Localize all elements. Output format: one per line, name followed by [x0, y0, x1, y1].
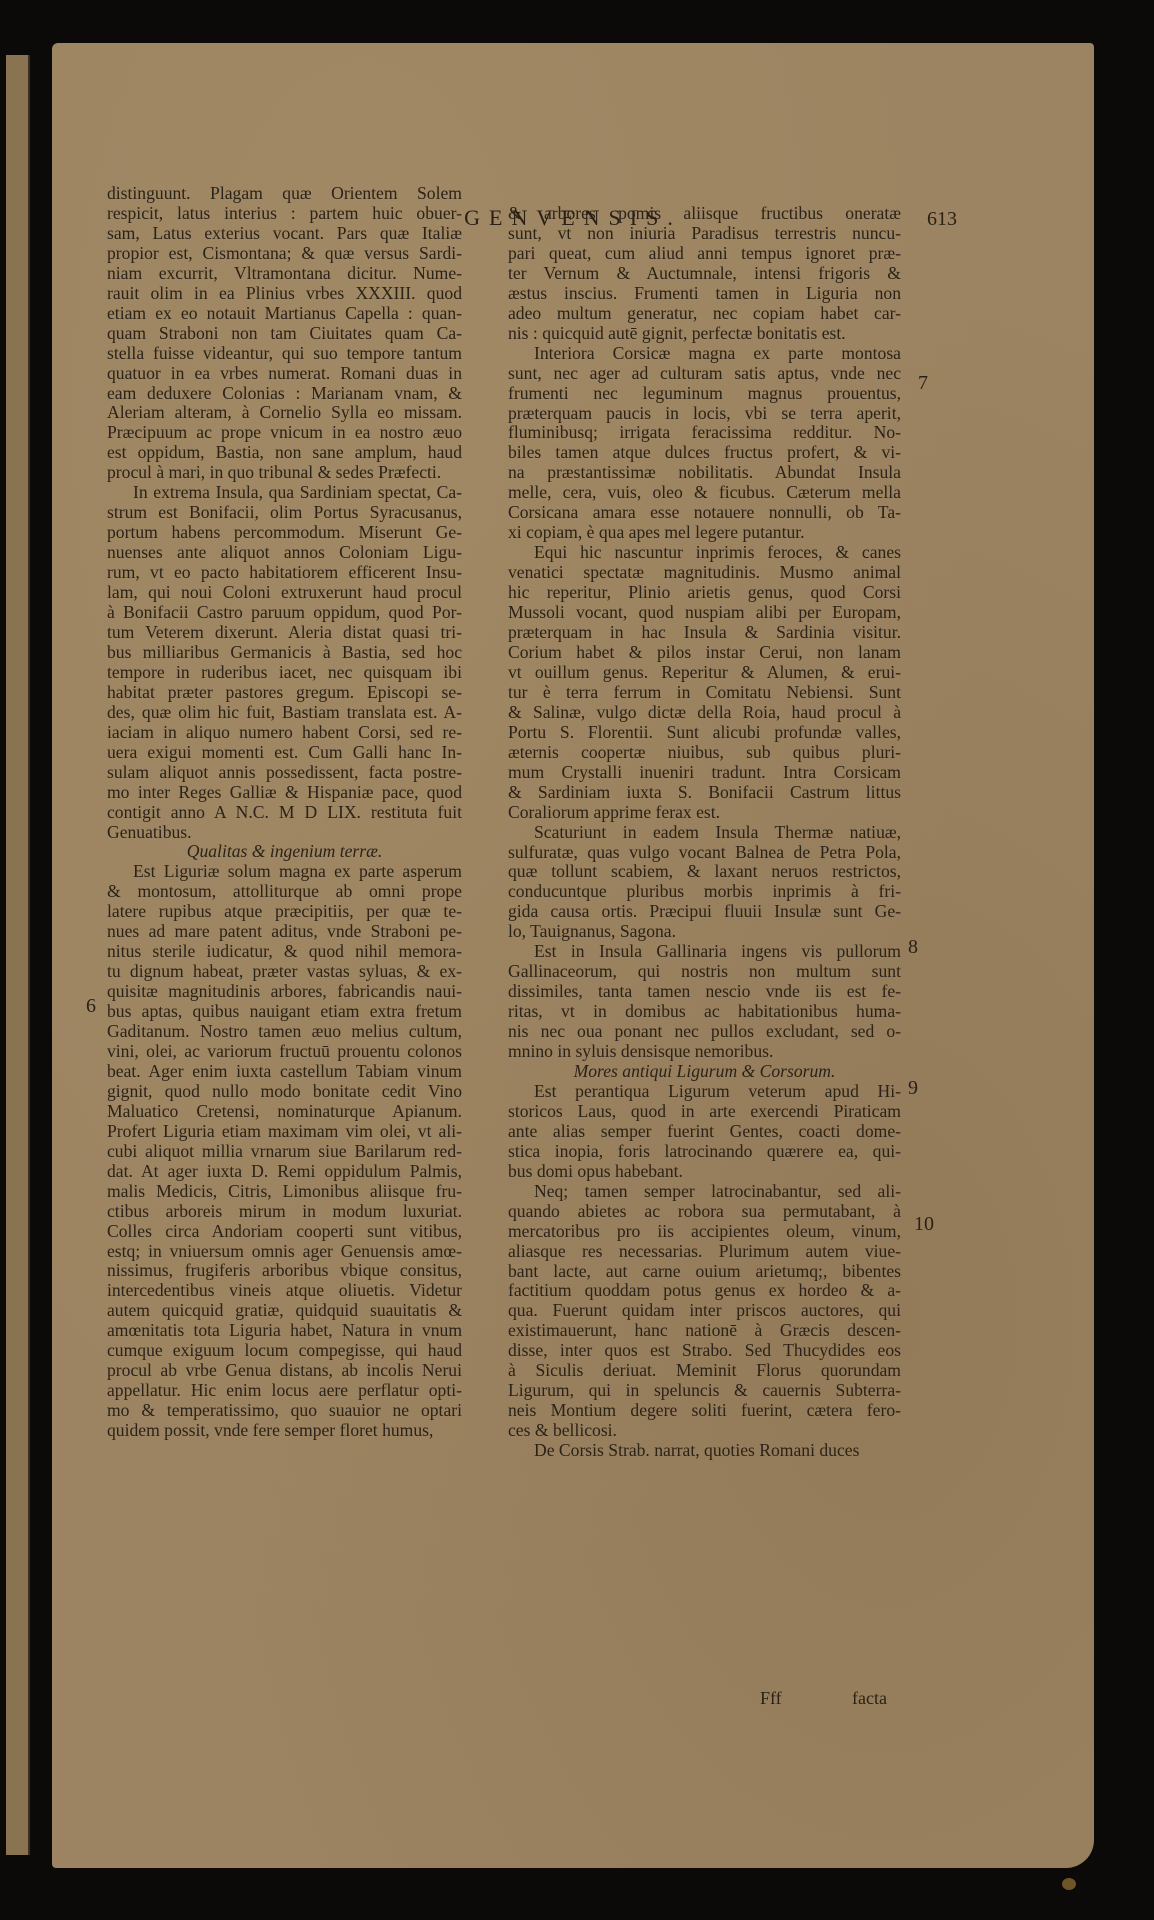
text-line: quam Straboni non tam Ciuitates quam Ca-: [107, 324, 462, 344]
text-line: ter Vernum & Auctumnale, intensi frigori…: [508, 264, 901, 284]
text-line: Neq; tamen semper latrocinabantur, sed a…: [508, 1182, 901, 1202]
text-line: dissimiles, tanta tamen nescio vnde iis …: [508, 982, 901, 1002]
text-line: rauit olim in ea Plinius vrbes XXXIII. q…: [107, 284, 462, 304]
text-line: beat. Ager enim iuxta castellum Tabiam v…: [107, 1062, 462, 1082]
text-line: frumenti nec leguminum magnus prouentus,: [508, 384, 901, 404]
text-line: tu dignum habeat, præter vastas syluas, …: [107, 962, 462, 982]
text-line: contigit anno A N.C. M D LIX. restituta …: [107, 803, 462, 823]
text-line: est oppidum, Bastia, non sane amplum, ha…: [107, 443, 462, 463]
text-line: mo & temperatissimo, quo suauior ne opta…: [107, 1401, 462, 1421]
text-line: præterquam in hac Insula & Sardinia visi…: [508, 623, 901, 643]
right-column-text-2: Est perantiqua Ligurum veterum apud Hi-s…: [508, 1082, 901, 1461]
text-line: Gallinaceorum, qui nostris non multum su…: [508, 962, 901, 982]
margin-note-number: 9: [908, 1077, 918, 1100]
text-line: distinguunt. Plagam quæ Orientem Solem: [107, 184, 462, 204]
text-line: venatici spectatæ magnitudinis. Musmo an…: [508, 563, 901, 583]
text-line: conducuntque pluribus morbis inprimis à …: [508, 882, 901, 902]
text-line: Maluatico Cretensi, nominaturque Apianum…: [107, 1102, 462, 1122]
text-line: Præcipuum ac prope vnicum in ea nostro æ…: [107, 423, 462, 443]
text-line: qua. Fuerunt quidam inter priscos auctor…: [508, 1301, 901, 1321]
text-line: Corium habet & pilos instar Cerui, non l…: [508, 643, 901, 663]
adjacent-page-edge: [6, 55, 30, 1855]
text-line: procul à mari, in quo tribunal & sedes P…: [107, 463, 462, 483]
text-line: sunt, vt non iniuria Paradisus terrestri…: [508, 224, 901, 244]
text-line: à Siculis deriuat. Meminit Florus quorun…: [508, 1361, 901, 1381]
text-line: quatuor in ea vrbes numerat. Romani duas…: [107, 364, 462, 384]
text-line: nis nec oua ponant nec pullos excludant,…: [508, 1022, 901, 1042]
text-line: præterquam paucis in locis, vbi se terra…: [508, 404, 901, 424]
text-line: des, quæ olim hic fuit, Bastiam translat…: [107, 703, 462, 723]
text-line: De Corsis Strab. narrat, quoties Romani …: [508, 1441, 901, 1461]
text-line: eam deduxere Colonias : Marianam vnam, &: [107, 384, 462, 404]
text-line: & arbores pomis aliisque fructibus onera…: [508, 204, 901, 224]
text-line: ctibus arboreis mirum in modum luxuriat.: [107, 1202, 462, 1222]
right-column-text: & arbores pomis aliisque fructibus onera…: [508, 204, 901, 1062]
text-line: In extrema Insula, qua Sardiniam spectat…: [107, 483, 462, 503]
text-line: ante alias semper fuerint Gentes, coacti…: [508, 1122, 901, 1142]
text-line: malis Medicis, Citris, Limonibus aliisqu…: [107, 1182, 462, 1202]
text-line: biles tamen atque dulces fructus profert…: [508, 443, 901, 463]
text-line: bant lacte, aut carne ouium arietumq;, b…: [508, 1262, 901, 1282]
text-line: stica inopia, foris latrocinando quærere…: [508, 1142, 901, 1162]
text-line: iaciam in aliquo numero habent Corsi, se…: [107, 723, 462, 743]
left-column-text: distinguunt. Plagam quæ Orientem Solemre…: [107, 184, 462, 842]
text-line: vt ouillum genus. Reperitur & Alumen, & …: [508, 663, 901, 683]
text-line: estq; in vniuersum omnis ager Genuensis …: [107, 1242, 462, 1262]
text-line: mo inter Reges Galliæ & Hispaniæ pace, q…: [107, 783, 462, 803]
section-heading-quality: Qualitas & ingenium terræ.: [107, 842, 462, 862]
text-line: stella fuisse videantur, qui suo tempore…: [107, 344, 462, 364]
text-line: Gaditanum. Nostro tamen æuo melius cultu…: [107, 1022, 462, 1042]
text-line: bus domi opus habebant.: [508, 1162, 901, 1182]
margin-note-number: 8: [908, 936, 918, 959]
text-line: à Bonifacii Castro paruum oppidum, quod …: [107, 603, 462, 623]
text-line: latere rupibus atque præcipitiis, per qu…: [107, 902, 462, 922]
catchword: facta: [852, 1688, 887, 1709]
text-line: Corsicana amara esse notauere nonnulli, …: [508, 503, 901, 523]
text-line: bus aptas, quibus nauigant etiam extra f…: [107, 1002, 462, 1022]
text-line: tum Veterem dixerunt. Aleria distat quas…: [107, 623, 462, 643]
text-line: sam, Latus exterius vocant. Pars quæ Ita…: [107, 224, 462, 244]
text-line: Est Liguriæ solum magna ex parte asperum: [107, 862, 462, 882]
text-line: & montosum, attolliturque ab omni prope: [107, 882, 462, 902]
text-line: factitium quoddam potus genus ex hordeo …: [508, 1281, 901, 1301]
text-line: hic reperitur, Plinio arietis genus, quo…: [508, 583, 901, 603]
text-line: quisitæ magnitudinis arbores, fabricandi…: [107, 982, 462, 1002]
text-line: Est perantiqua Ligurum veterum apud Hi-: [508, 1082, 901, 1102]
right-column: & arbores pomis aliisque fructibus onera…: [508, 204, 901, 1461]
text-line: procul ab vrbe Genua distans, ab incolis…: [107, 1361, 462, 1381]
text-line: mercatoribus pro iis accipientes oleum, …: [508, 1222, 901, 1242]
text-line: sulam aliquot annis possedissent, facta …: [107, 763, 462, 783]
text-line: propior est, Cismontana; & quæ versus Sa…: [107, 244, 462, 264]
text-line: & Salinæ, vulgo dictæ della Roia, haud p…: [508, 703, 901, 723]
text-line: na præstantissimæ nobilitatis. Abundat I…: [508, 463, 901, 483]
text-line: ritas, vt in domibus ac habitationibus h…: [508, 1002, 901, 1022]
text-line: neis Montium degere soliti fuerint, cæte…: [508, 1401, 901, 1421]
text-line: quando abietes ac robora sua permutabant…: [508, 1202, 901, 1222]
section-heading-customs: Mores antiqui Ligurum & Corsorum.: [508, 1062, 901, 1082]
text-line: Equi hic nascuntur inprimis feroces, & c…: [508, 543, 901, 563]
text-line: adeo multum generatur, nec copiam habet …: [508, 304, 901, 324]
margin-note-number: 6: [86, 995, 96, 1018]
text-line: lam, qui noui Coloni extruxerunt haud pr…: [107, 583, 462, 603]
text-line: æstus inscius. Frumenti tamen in Liguria…: [508, 284, 901, 304]
text-line: sunt, nec ager ad culturam satis aptus, …: [508, 364, 901, 384]
text-line: Scaturiunt in eadem Insula Thermæ natiuæ…: [508, 823, 901, 843]
margin-note-number: 10: [914, 1213, 934, 1236]
text-line: cubi aliquot millia vrnarum siue Barilar…: [107, 1142, 462, 1162]
text-line: intercedentibus vineis atque oliuetis. V…: [107, 1281, 462, 1301]
text-line: Interiora Corsicæ magna ex parte montosa: [508, 344, 901, 364]
text-line: gida causa ortis. Præcipui fluuii Insulæ…: [508, 902, 901, 922]
text-line: habitat præter pastores gregum. Episcopi…: [107, 683, 462, 703]
text-line: etiam ex eo notauit Martianus Capella : …: [107, 304, 462, 324]
text-line: autem quicquid gratiæ, quidquid suauitat…: [107, 1301, 462, 1321]
text-line: nues ad mare patent aditus, vnde Strabon…: [107, 922, 462, 942]
text-line: respicit, latus interius : partem huic o…: [107, 204, 462, 224]
text-line: niam excurrit, Vltramontana dicitur. Num…: [107, 264, 462, 284]
text-line: Ligurum, qui in speluncis & cauernis Sub…: [508, 1381, 901, 1401]
text-line: appellatur. Hic enim locus aere perflatu…: [107, 1381, 462, 1401]
text-line: & Sardiniam iuxta S. Bonifacii Castrum l…: [508, 783, 901, 803]
text-line: disse, inter quos est Strabo. Sed Thucyd…: [508, 1341, 901, 1361]
text-line: lo, Tauignanus, Sagona.: [508, 922, 901, 942]
left-column: distinguunt. Plagam quæ Orientem Solemre…: [107, 184, 462, 1441]
text-line: nuenses ante aliquot annos Coloniam Ligu…: [107, 543, 462, 563]
text-line: quidem possit, vnde fere semper floret h…: [107, 1421, 462, 1441]
text-line: Profert Liguria etiam maximam vim olei, …: [107, 1122, 462, 1142]
text-line: Coraliorum apprime ferax est.: [508, 803, 901, 823]
text-line: Est in Insula Gallinaria ingens vis pull…: [508, 942, 901, 962]
text-line: ces & bellicosi.: [508, 1421, 901, 1441]
text-line: Portu S. Florentii. Sunt alicubi profund…: [508, 723, 901, 743]
page-number: 613: [927, 208, 957, 231]
text-line: Mussoli vocant, quod nuspiam alibi per E…: [508, 603, 901, 623]
text-line: rum, vt eo pacto habitatiorem efficerent…: [107, 563, 462, 583]
text-line: bus milliaribus Germanicis à Bastia, sed…: [107, 643, 462, 663]
signature-mark: Fff: [760, 1688, 782, 1709]
text-line: tur è terra ferrum in Comitatu Nebiensi.…: [508, 683, 901, 703]
text-line: amœnitatis tota Liguria habet, Natura in…: [107, 1321, 462, 1341]
margin-note-number: 7: [918, 372, 928, 395]
text-line: Genuatibus.: [107, 823, 462, 843]
text-line: nitus sterile iudicatur, & quod nihil me…: [107, 942, 462, 962]
text-line: uera exigui momenti est. Cum Galli hanc …: [107, 743, 462, 763]
text-line: mum Crystalli inueniri tradunt. Intra Co…: [508, 763, 901, 783]
text-line: quæ tollunt scabiem, & laxant neruos res…: [508, 862, 901, 882]
text-line: nis : quicquid autē gignit, perfectæ bon…: [508, 324, 901, 344]
text-line: gignit, quod nullo modo bonitate cedit V…: [107, 1082, 462, 1102]
text-line: nissimus, frugiferis arboribus vbique co…: [107, 1261, 462, 1281]
text-line: xi copiam, è qua apes mel legere putantu…: [508, 523, 901, 543]
text-line: Aleriam alteram, à Cornelio Sylla eo mis…: [107, 403, 462, 423]
text-line: storicos Laus, quod in arte exercendi Pi…: [508, 1102, 901, 1122]
text-line: portum habens percommodum. Miserunt Ge-: [107, 523, 462, 543]
text-line: sulfuratæ, quas vulgo vocant Balnea de P…: [508, 843, 901, 863]
text-line: cumque exiguum locum compegisse, qui hau…: [107, 1341, 462, 1361]
text-line: existimauerunt, hanc nationē à Græcis de…: [508, 1321, 901, 1341]
text-line: dat. At ager iuxta D. Remi oppidulum Pal…: [107, 1162, 462, 1182]
text-line: aliasque res necessarias. Plurimum autem…: [508, 1242, 901, 1262]
text-line: mnino in syluis densisque nemoribus.: [508, 1042, 901, 1062]
text-line: tempore in ruderibus iacet, nec quisquam…: [107, 663, 462, 683]
text-line: æternis coopertæ niuibus, sub quibus plu…: [508, 743, 901, 763]
left-column-text-2: Est Liguriæ solum magna ex parte asperum…: [107, 862, 462, 1441]
text-line: Colles circa Andoriam cooperti sunt viti…: [107, 1222, 462, 1242]
paper-stain: [1062, 1878, 1076, 1890]
text-line: vini, olei, ac variorum fructuū prouentu…: [107, 1042, 462, 1062]
text-line: strum est Bonifacii, olim Portus Syracus…: [107, 503, 462, 523]
text-line: fluminibusq; irrigata feracissima reddit…: [508, 423, 901, 443]
text-line: melle, cera, vuis, oleo & ficubus. Cæter…: [508, 483, 901, 503]
text-line: pari queat, cum aliud anni tempus ignore…: [508, 244, 901, 264]
